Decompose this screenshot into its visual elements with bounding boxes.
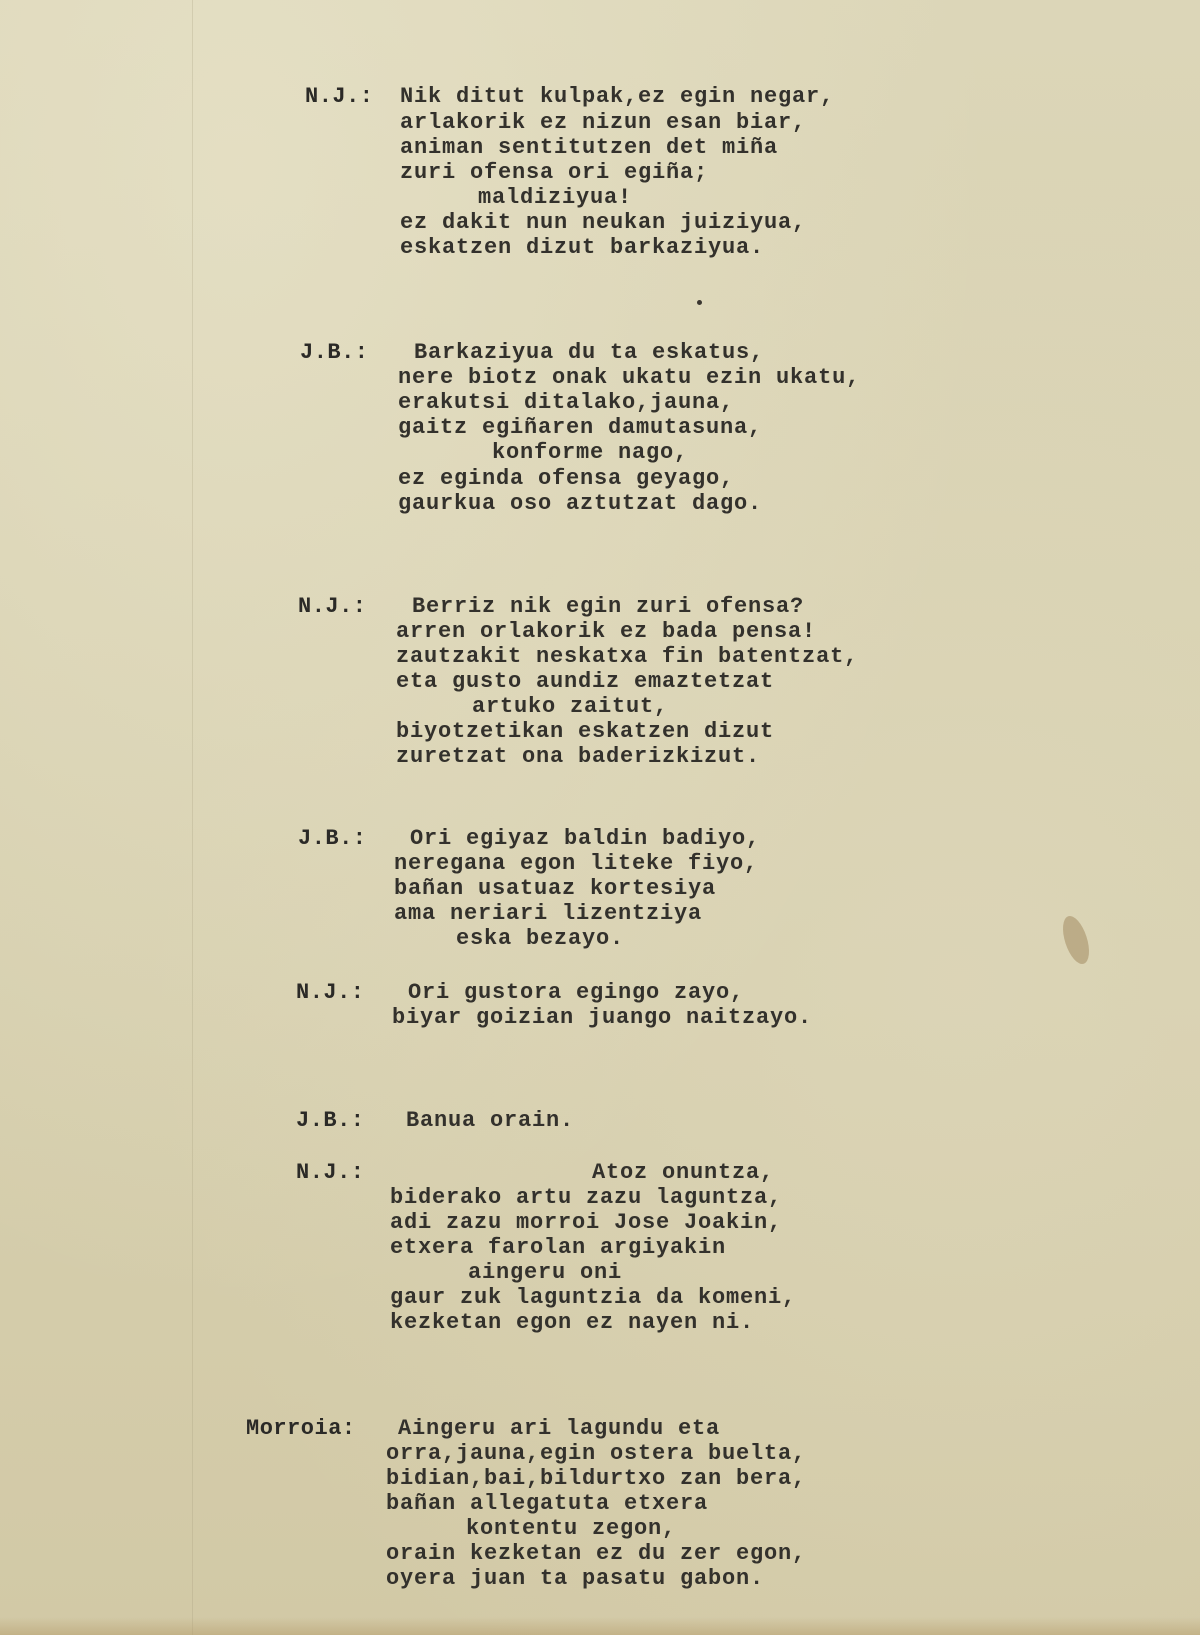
speaker-label: N.J.: <box>296 980 365 1005</box>
paper-stain <box>1058 913 1094 967</box>
verse-line: neregana egon liteke fiyo, <box>394 851 758 876</box>
verse-line: zuretzat ona baderizkizut. <box>396 744 760 769</box>
verse-line: Nik ditut kulpak,ez egin negar, <box>400 84 834 109</box>
speaker-label: J.B.: <box>300 340 369 365</box>
verse-line: bidian,bai,bildurtxo zan bera, <box>386 1466 806 1491</box>
paper-fold-line <box>192 0 193 1635</box>
verse-line: eskatzen dizut barkaziyua. <box>400 235 764 260</box>
verse-line: Aingeru ari lagundu eta <box>398 1416 720 1441</box>
verse-line: arlakorik ez nizun esan biar, <box>400 110 806 135</box>
verse-line: ama neriari lizentziya <box>394 901 702 926</box>
verse-line: biderako artu zazu laguntza, <box>390 1185 782 1210</box>
verse-line: artuko zaitut, <box>472 694 668 719</box>
typewritten-page: N.J.: Nik ditut kulpak,ez egin negar, ar… <box>0 0 1200 1635</box>
verse-line: bañan allegatuta etxera <box>386 1491 708 1516</box>
verse-line: kezketan egon ez nayen ni. <box>390 1310 754 1335</box>
speaker-label: J.B.: <box>298 826 367 851</box>
verse-line: ez eginda ofensa geyago, <box>398 466 734 491</box>
verse-line: gaurkua oso aztutzat dago. <box>398 491 762 516</box>
verse-line: etxera farolan argiyakin <box>390 1235 726 1260</box>
speaker-label: N.J.: <box>305 84 374 109</box>
verse-line: orain kezketan ez du zer egon, <box>386 1541 806 1566</box>
verse-line: zautzakit neskatxa fin batentzat, <box>396 644 858 669</box>
ink-dot <box>697 300 702 305</box>
verse-line: ez dakit nun neukan juiziyua, <box>400 210 806 235</box>
verse-line: aingeru oni <box>468 1260 622 1285</box>
verse-line: orra,jauna,egin ostera buelta, <box>386 1441 806 1466</box>
verse-line: konforme nago, <box>492 440 688 465</box>
verse-line: Barkaziyua du ta eskatus, <box>414 340 764 365</box>
verse-line: adi zazu morroi Jose Joakin, <box>390 1210 782 1235</box>
verse-line: oyera juan ta pasatu gabon. <box>386 1566 764 1591</box>
speaker-label: Morroia: <box>246 1416 356 1441</box>
verse-line: Berriz nik egin zuri ofensa? <box>412 594 804 619</box>
verse-line: Ori gustora egingo zayo, <box>408 980 744 1005</box>
speaker-label: J.B.: <box>296 1108 365 1133</box>
paper-bottom-edge <box>0 1617 1200 1635</box>
verse-line: maldiziyua! <box>478 185 632 210</box>
verse-line: erakutsi ditalako,jauna, <box>398 390 734 415</box>
speaker-label: N.J.: <box>298 594 367 619</box>
verse-line: kontentu zegon, <box>466 1516 676 1541</box>
verse-line: Atoz onuntza, <box>592 1160 774 1185</box>
verse-line: biyotzetikan eskatzen dizut <box>396 719 774 744</box>
verse-line: bañan usatuaz kortesiya <box>394 876 716 901</box>
verse-line: biyar goizian juango naitzayo. <box>392 1005 812 1030</box>
verse-line: animan sentitutzen det miña <box>400 135 778 160</box>
speaker-label: N.J.: <box>296 1160 365 1185</box>
verse-line: zuri ofensa ori egiña; <box>400 160 708 185</box>
verse-line: eta gusto aundiz emaztetzat <box>396 669 774 694</box>
verse-line: gaitz egiñaren damutasuna, <box>398 415 762 440</box>
verse-line: Banua orain. <box>406 1108 574 1133</box>
verse-line: gaur zuk laguntzia da komeni, <box>390 1285 796 1310</box>
verse-line: eska bezayo. <box>456 926 624 951</box>
verse-line: nere biotz onak ukatu ezin ukatu, <box>398 365 860 390</box>
verse-line: Ori egiyaz baldin badiyo, <box>410 826 760 851</box>
verse-line: arren orlakorik ez bada pensa! <box>396 619 816 644</box>
